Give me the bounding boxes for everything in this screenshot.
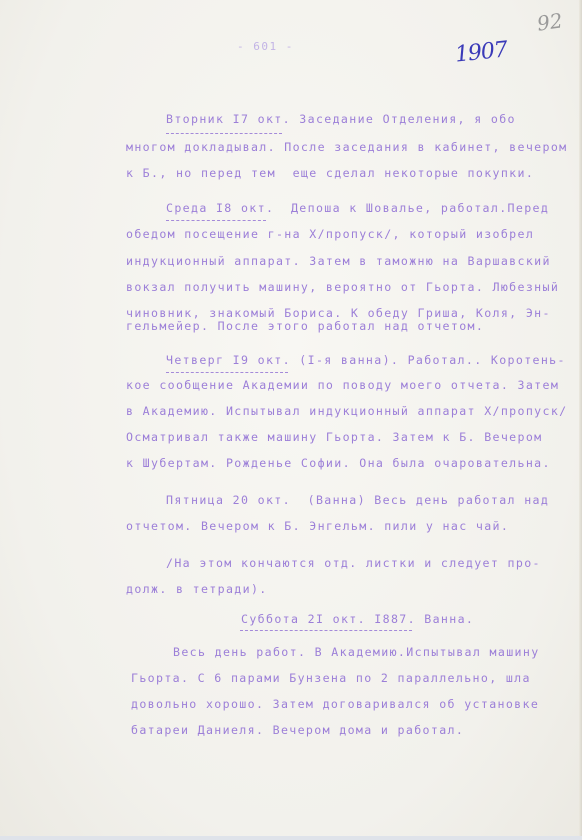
heading-underline bbox=[166, 133, 282, 134]
entry-thursday-line-5: к Шубертам. Рожденье Софии. Она была оча… bbox=[126, 456, 551, 470]
entry-saturday-line-3: довольно хорошо. Затем договаривался об … bbox=[131, 697, 539, 711]
entry-wednesday-line-1: Среда I8 окт. Депоша к Шовалье, работал.… bbox=[166, 201, 549, 215]
entry-thursday-line-4: Осматривал также машину Гьорта. Затем к … bbox=[126, 430, 543, 444]
entry-wednesday-line-4: вокзал получить машину, вероятно от Гьор… bbox=[126, 280, 559, 294]
entry-saturday-line-4: батареи Даниеля. Вечером дома и работал. bbox=[131, 723, 464, 737]
entry-wednesday-line-6: гельмейер. После этого работал над отчет… bbox=[126, 319, 484, 333]
editorial-note-line-2: долж. в тетради). bbox=[126, 582, 268, 596]
entry-thursday-line-3: в Академию. Испытывал индукционный аппар… bbox=[126, 404, 568, 418]
entry-friday-line-1: Пятница 20 окт. (Ванна) Весь день работа… bbox=[166, 493, 549, 507]
entry-thursday-line-1: Четверг I9 окт. (I-я ванна). Работал.. К… bbox=[166, 353, 566, 367]
heading-underline bbox=[166, 372, 288, 373]
entry-saturday-line-2: Гьорта. С 6 парами Бунзена по 2 параллел… bbox=[131, 671, 531, 685]
entry-wednesday-line-5: чиновник, знакомый Бориса. К обеду Гриша… bbox=[126, 306, 551, 320]
heading-underline bbox=[240, 630, 412, 631]
page-number: - 601 - bbox=[237, 40, 294, 53]
entry-friday-line-2: отчетом. Вечером к Б. Энгельм. пили у на… bbox=[126, 519, 509, 533]
editorial-note-line-1: /На этом кончаются отд. листки и следует… bbox=[166, 556, 541, 570]
entry-wednesday-line-3: индукционный аппарат. Затем в таможню на… bbox=[126, 254, 551, 268]
heading-underline bbox=[166, 220, 266, 221]
entry-thursday-line-2: кое сообщение Академии по поводу моего о… bbox=[126, 378, 559, 392]
folio-number: 92 bbox=[535, 8, 564, 35]
entry-tuesday-line-2: многом докладывал. После заседания в каб… bbox=[126, 140, 568, 154]
document-page: - 601 - 1907 92 Вторник I7 окт. Заседани… bbox=[0, 0, 582, 840]
entry-wednesday-line-2: обедом посещение г-на Х/пропуск/, которы… bbox=[126, 227, 534, 241]
page-bottom-edge bbox=[0, 836, 582, 840]
entry-tuesday-line-3: к Б., но перед тем еще сделал некоторые … bbox=[126, 166, 534, 180]
handwritten-year: 1907 bbox=[454, 37, 508, 67]
entry-tuesday-line-1: Вторник I7 окт. Заседание Отделения, я о… bbox=[166, 112, 516, 126]
entry-saturday-heading: Суббота 2I окт. I887. Ванна. bbox=[241, 612, 474, 626]
entry-saturday-line-1: Весь день работ. В Академию.Испытывал ма… bbox=[173, 645, 540, 659]
